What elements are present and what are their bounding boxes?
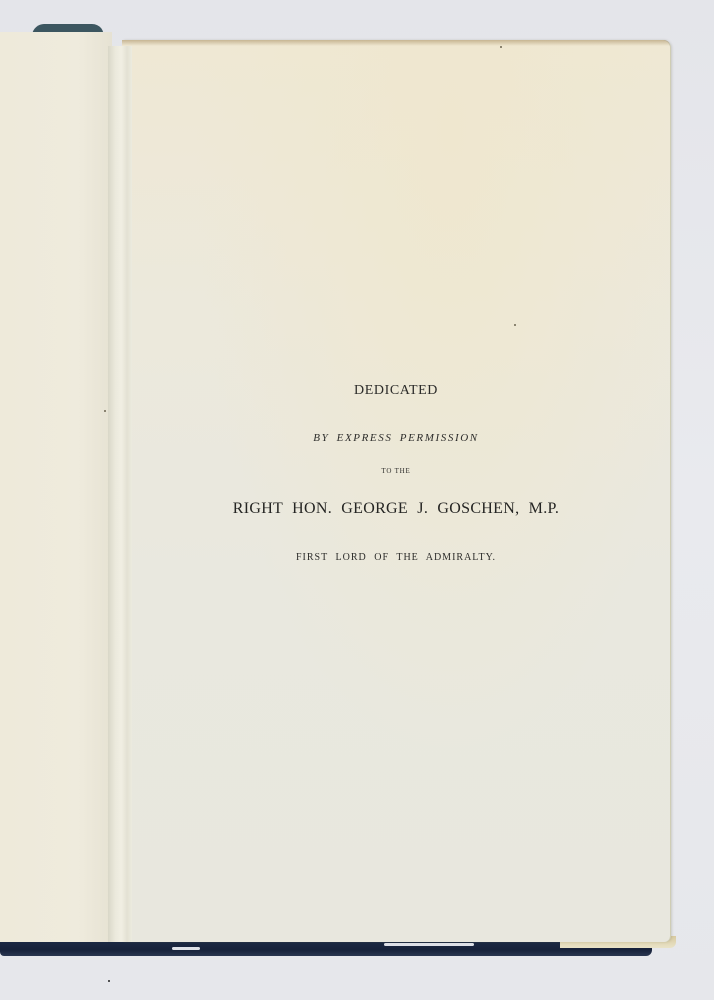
book-gutter: [108, 46, 132, 942]
dedication-permission: BY EXPRESS PERMISSION: [122, 432, 670, 444]
book-cover-bottom-edge: [0, 940, 652, 956]
left-page: [0, 32, 112, 942]
cover-highlight: [384, 943, 474, 946]
dedicatee-title: FIRST LORD OF THE ADMIRALTY.: [122, 552, 670, 563]
book-photo: DEDICATED BY EXPRESS PERMISSION TO THE R…: [0, 0, 714, 1000]
dedicatee-name: RIGHT HON. GEORGE J. GOSCHEN, M.P.: [122, 500, 670, 518]
dedication-heading: DEDICATED: [122, 383, 670, 399]
dedication-to-the: TO THE: [122, 467, 670, 475]
cover-highlight: [172, 947, 200, 950]
right-page: [122, 40, 670, 942]
